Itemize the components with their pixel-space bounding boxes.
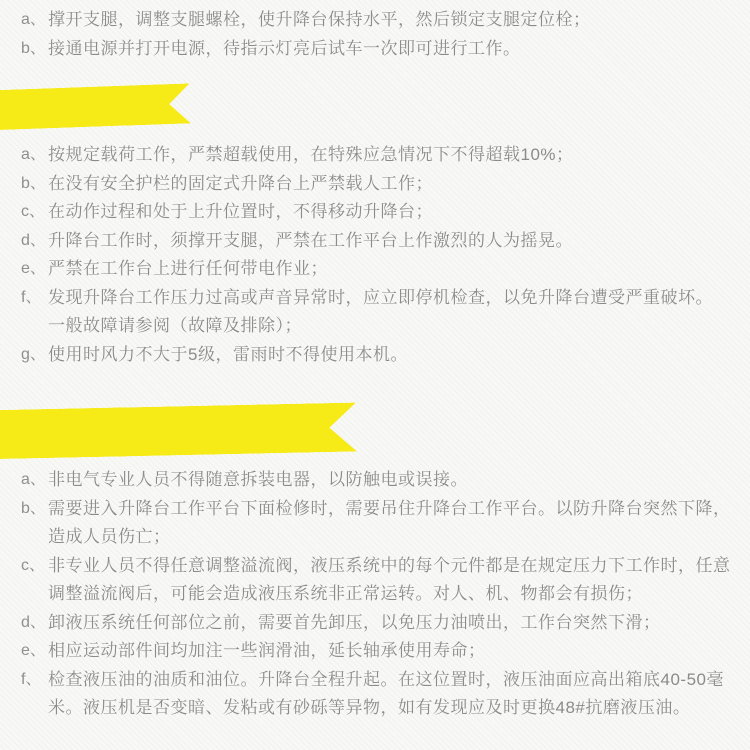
list-item: f、 检查液压油的油质和油位。升降台全程升起。在这位置时，液压油面应高出箱底40… [0,666,750,695]
item-text: 升降台工作时，须撑开支腿，严禁在工作平台上作激烈的人为摇晃。 [48,227,573,256]
list-item: f、 发现升降台工作压力过高或声音异常时，应立即停机检查，以免升降台遭受严重破坏… [0,284,750,313]
item-text: 接通电源并打开电源，待指示灯亮后试车一次即可进行工作。 [48,35,521,64]
list-item: a、 撑开支腿，调整支腿螺栓，使升降台保持水平，然后锁定支腿定位栓； [0,6,750,35]
item-label: a、 [0,466,48,495]
ribbon-fold [0,130,11,138]
item-label: b、 [0,35,48,64]
item-text: 相应运动部件间均加注一些润滑油，延长轴承使用寿命； [48,637,486,666]
list-item-continuation: 调整溢流阀后，可能会造成液压系统非正常运转。对人、机、物都会有损伤； [0,580,750,609]
item-label: d、 [0,227,48,256]
list-item: a、 按规定载荷工作，严禁超载使用，在特殊应急情况下不得超载10%； [0,141,750,170]
item-text: 非专业人员不得任意调整溢流阀，液压系统中的每个元件都是在规定压力下工作时，任意 [48,552,731,581]
item-label: e、 [0,255,48,284]
item-text: 米。液压机是否变暗、发粘或有砂砾等异物，如有发现应及时更换48#抗磨液压油。 [48,694,690,723]
item-text: 非电气专业人员不得随意拆装电器，以防触电或误接。 [48,466,468,495]
item-text: 调整溢流阀后，可能会造成液压系统非正常运转。对人、机、物都会有损伤； [48,580,643,609]
item-text: 需要进入升降台工作平台下面检修时，需要吊住升降台工作平台。以防升降台突然下降， [48,495,731,524]
list-item: a、 非电气专业人员不得随意拆装电器，以防触电或误接。 [0,466,750,495]
item-text: 撑开支腿，调整支腿螺栓，使升降台保持水平，然后锁定支腿定位栓； [48,6,591,35]
item-label: a、 [0,141,48,170]
section-usage-ribbon: 使用须知 [0,83,191,130]
list-item: e、 相应运动部件间均加注一些润滑油，延长轴承使用寿命； [0,637,750,666]
item-text: 检查液压油的油质和油位。升降台全程升起。在这位置时，液压油面应高出箱底40-50… [48,666,724,695]
item-text: 卸液压系统任何部位之前，需要首先卸压，以免压力油喷出，工作台突然下滑； [48,609,661,638]
list-item: b、 需要进入升降台工作平台下面检修时，需要吊住升降台工作平台。以防升降台突然下… [0,495,750,524]
intro-list: a、 撑开支腿，调整支腿螺栓，使升降台保持水平，然后锁定支腿定位栓； b、 接通… [0,6,750,63]
item-label: f、 [0,284,48,313]
list-item-continuation: 米。液压机是否变暗、发粘或有砂砾等异物，如有发现应及时更换48#抗磨液压油。 [0,694,750,723]
item-label: c、 [0,198,48,227]
list-item: c、 非专业人员不得任意调整溢流阀，液压系统中的每个元件都是在规定压力下工作时，… [0,552,750,581]
item-label: d、 [0,609,48,638]
item-label: a、 [0,6,48,35]
item-text: 发现升降台工作压力过高或声音异常时，应立即停机检查，以免升降台遭受严重破坏。 [48,284,713,313]
item-text: 按规定载荷工作，严禁超载使用，在特殊应急情况下不得超载10%； [48,141,574,170]
item-label: e、 [0,637,48,666]
item-label: b、 [0,495,48,524]
list-item: e、 严禁在工作台上进行任何带电作业； [0,255,750,284]
item-label: b、 [0,170,48,199]
item-label: f、 [0,666,48,695]
list-item: c、 在动作过程和处于上升位置时，不得移动升降台； [0,198,750,227]
item-text: 在动作过程和处于上升位置时，不得移动升降台； [48,198,433,227]
list-item: d、 升降台工作时，须撑开支腿，严禁在工作平台上作激烈的人为摇晃。 [0,227,750,256]
section-maintenance-ribbon: 维护保养 安全须知 [0,403,357,459]
usage-notice-list: a、 按规定载荷工作，严禁超载使用，在特殊应急情况下不得超载10%； b、 在没… [0,141,750,369]
list-item: g、 使用时风力不大于5级，雷雨时不得使用本机。 [0,341,750,370]
item-label: g、 [0,341,48,370]
item-text: 使用时风力不大于5级，雷雨时不得使用本机。 [48,341,408,370]
item-text: 造成人员伤亡； [48,523,171,552]
list-item: d、 卸液压系统任何部位之前，需要首先卸压，以免压力油喷出，工作台突然下滑； [0,609,750,638]
maintenance-notice-list: a、 非电气专业人员不得随意拆装电器，以防触电或误接。 b、 需要进入升降台工作… [0,466,750,723]
item-text: 一般故障请参阅（故障及排除）； [48,312,302,341]
list-item-continuation: 造成人员伤亡； [0,523,750,552]
item-text: 严禁在工作台上进行任何带电作业； [48,255,328,284]
item-label: c、 [0,552,48,581]
list-item: b、 在没有安全护栏的固定式升降台上严禁载人工作； [0,170,750,199]
list-item: b、 接通电源并打开电源，待指示灯亮后试车一次即可进行工作。 [0,35,750,64]
item-text: 在没有安全护栏的固定式升降台上严禁载人工作； [48,170,433,199]
list-item-continuation: 一般故障请参阅（故障及排除）； [0,312,750,341]
